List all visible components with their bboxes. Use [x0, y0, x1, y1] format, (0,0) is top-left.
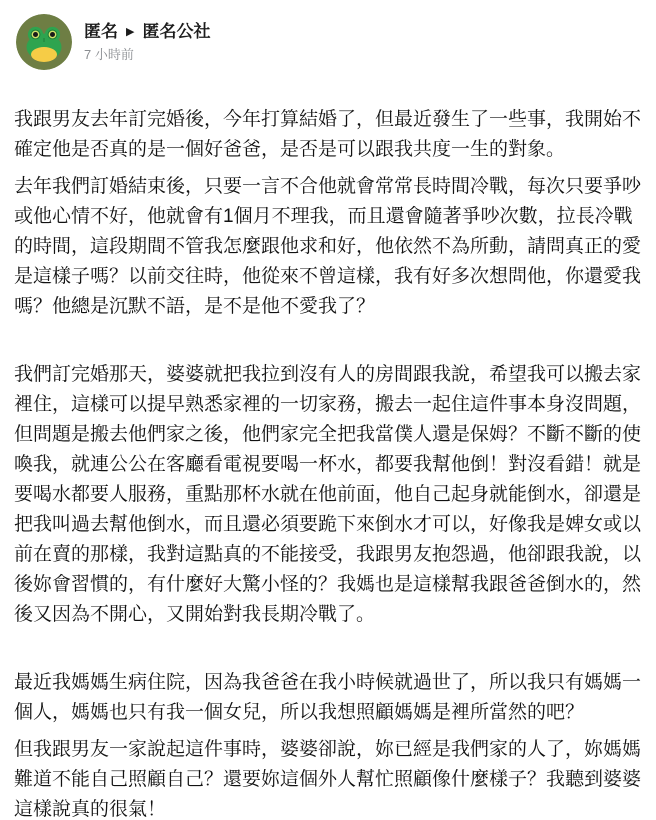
anonymous-avatar[interactable] [16, 14, 72, 70]
post-paragraph: 最近我媽媽生病住院，因為我爸爸在我小時候就過世了，所以我只有媽媽一個人，媽媽也只… [14, 668, 642, 728]
frog-avatar-icon [16, 14, 72, 70]
play-triangle-icon: ▶ [126, 27, 134, 38]
post-paragraph: 我們訂完婚那天，婆婆就把我拉到沒有人的房間跟我說，希望我可以搬去家裡住，這樣可以… [14, 360, 642, 630]
header-text-block: 匿名 ▶ 匿名公社 7 小時前 [84, 21, 210, 64]
post-paragraph: 但我跟男友一家說起這件事時，婆婆卻說，妳已經是我們家的人了，妳媽媽難道不能自己照… [14, 735, 642, 820]
post-paragraph: 我跟男友去年訂完婚後，今年打算結婚了，但最近發生了一些事，我開始不確定他是否真的… [14, 105, 642, 165]
group-name[interactable]: 匿名公社 [142, 21, 210, 43]
author-name[interactable]: 匿名 [84, 21, 118, 43]
post-paragraph: 去年我們訂婚結束後，只要一言不合他就會常常長時間冷戰，每次只要爭吵或他心情不好，… [14, 172, 642, 322]
post-body: 我跟男友去年訂完婚後，今年打算結婚了，但最近發生了一些事，我開始不確定他是否真的… [0, 105, 656, 820]
post-header: 匿名 ▶ 匿名公社 7 小時前 [0, 0, 656, 70]
post-title-line: 匿名 ▶ 匿名公社 [84, 21, 210, 43]
post-timestamp[interactable]: 7 小時前 [84, 46, 210, 64]
